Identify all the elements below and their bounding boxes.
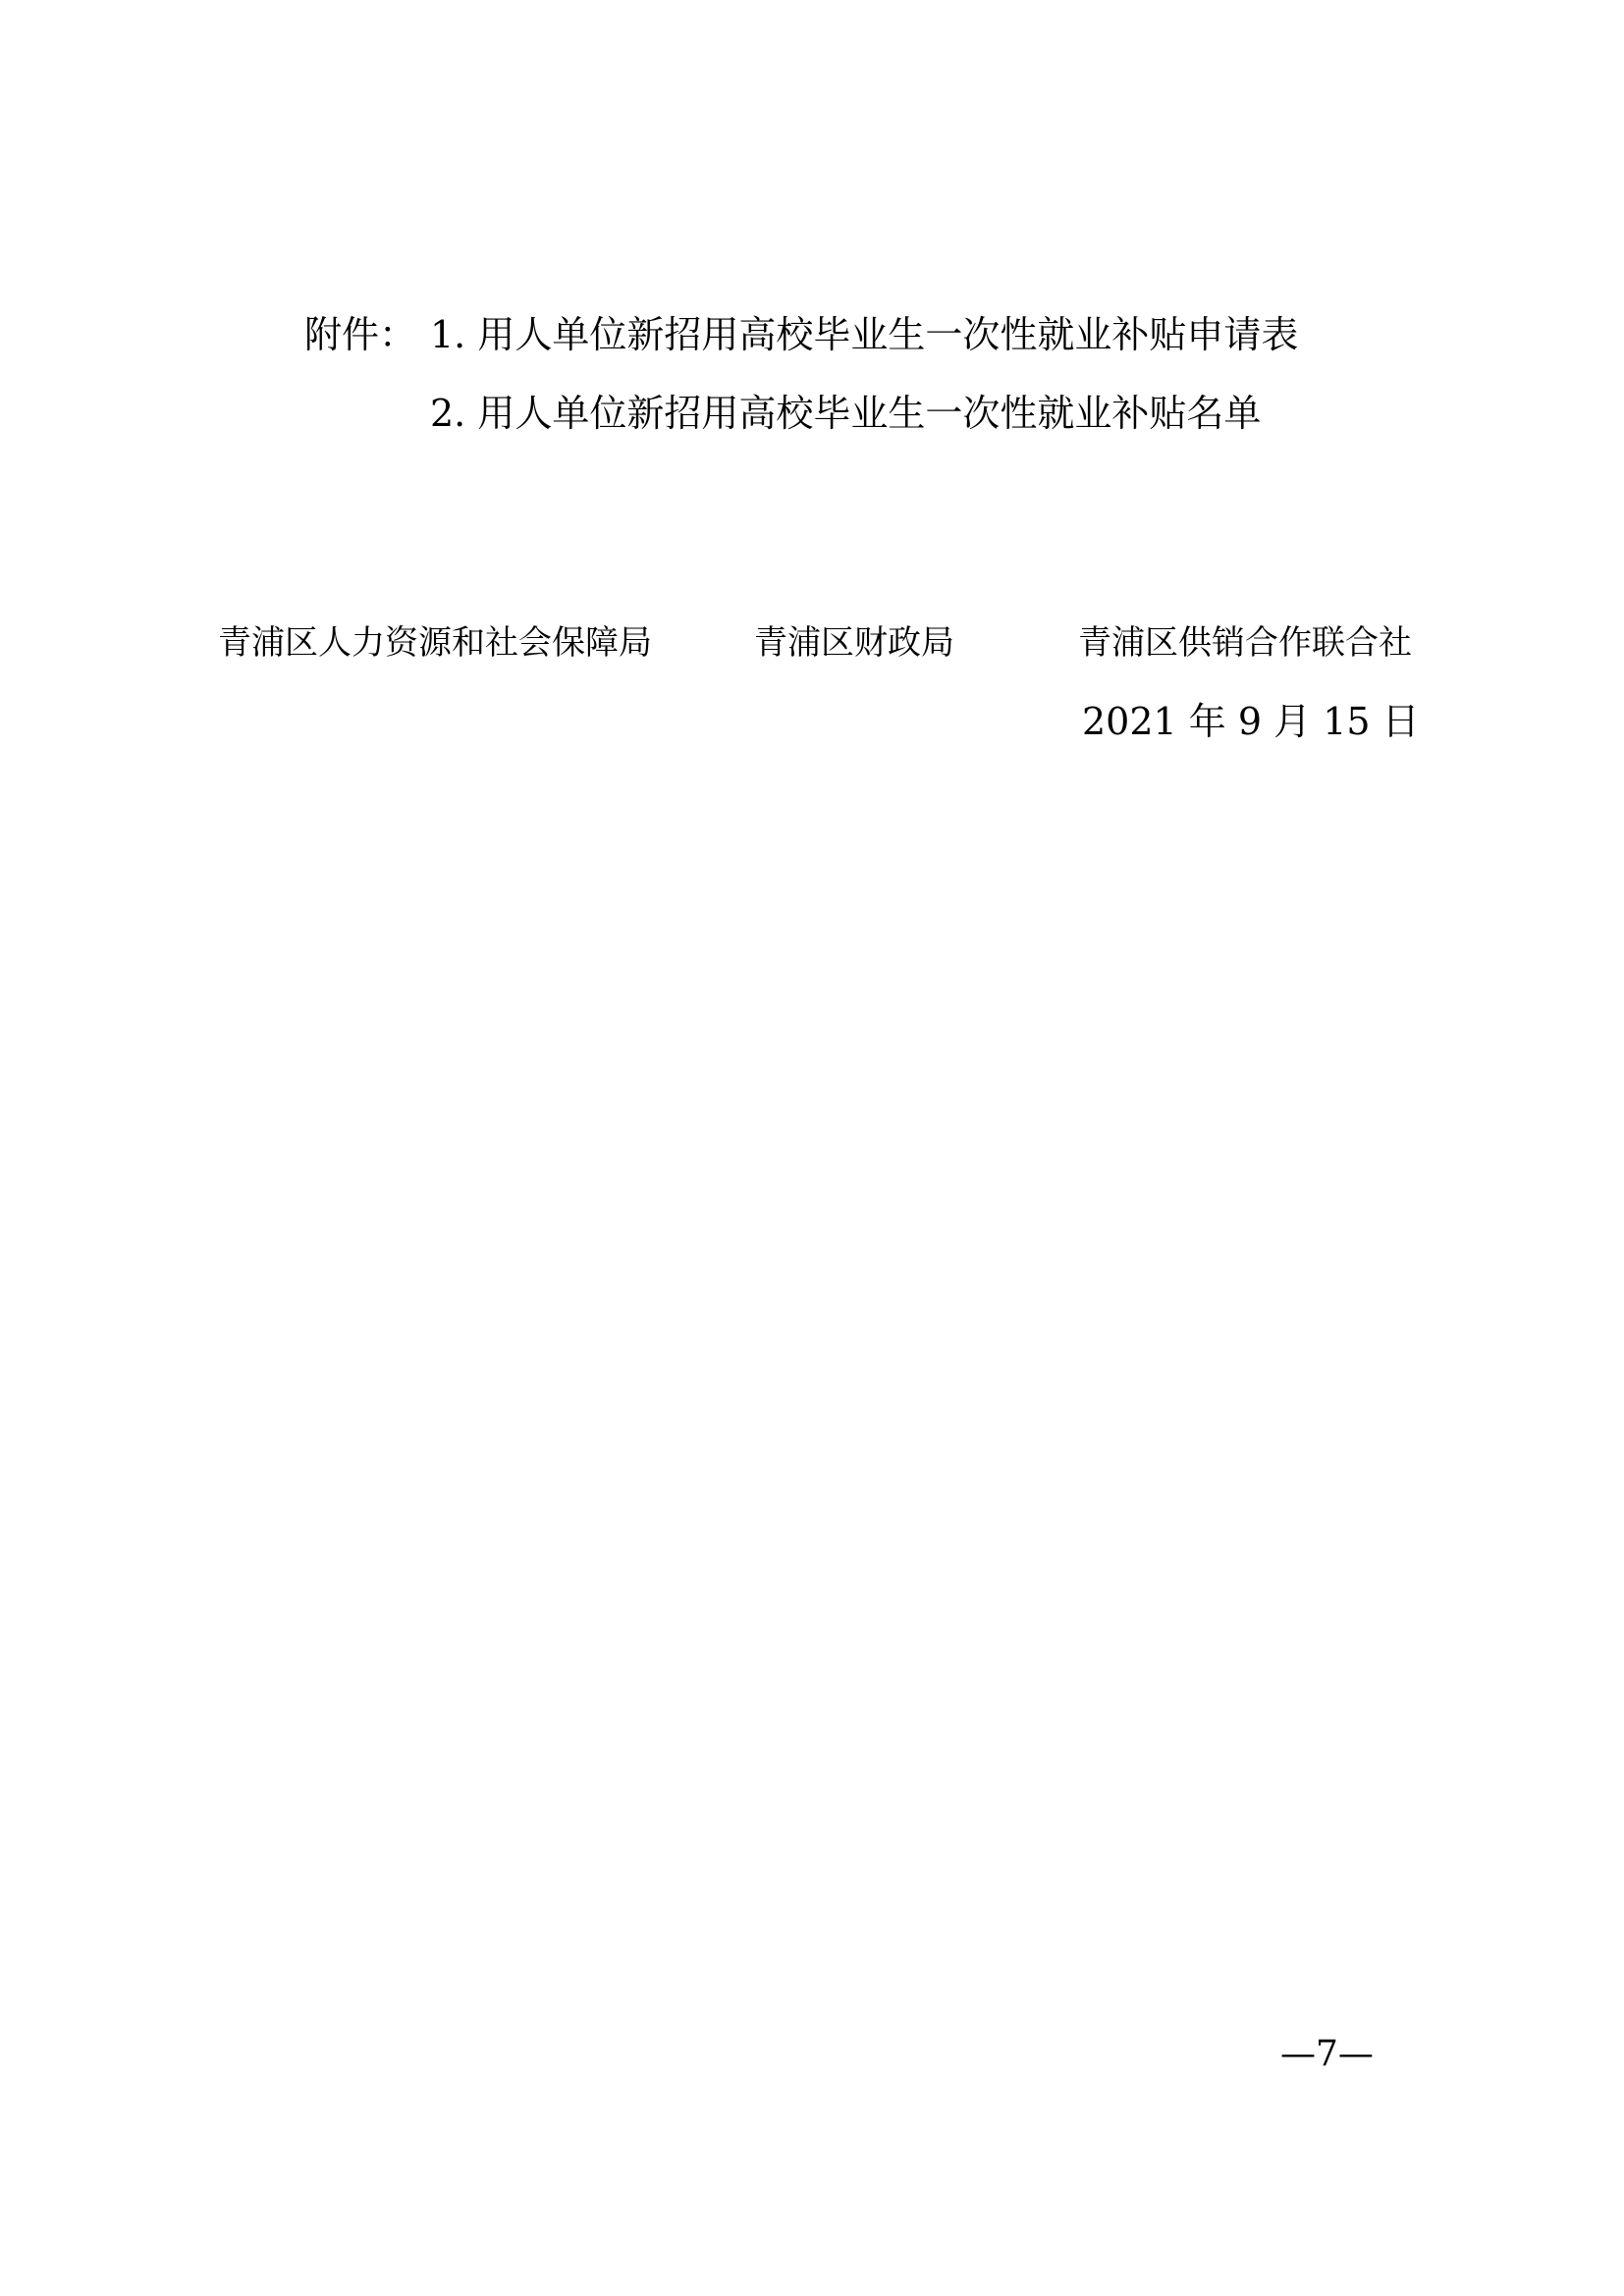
signatory-supply-cooperative: 青浦区供销合作联合社 [1078,620,1412,666]
page-number: —7— [1280,2032,1374,2077]
attachments-label: 附件： [304,312,416,357]
issue-date: 2021 年 9 月 15 日 [1082,699,1420,744]
signatory-finance-bureau: 青浦区财政局 [754,620,954,666]
attachment-item-1: 1. 用人单位新招用高校毕业生一次性就业补贴申请表 [430,312,1298,357]
signatory-hr-bureau: 青浦区人力资源和社会保障局 [218,620,652,666]
attachment-item-2: 2. 用人单位新招用高校毕业生一次性就业补贴名单 [430,391,1261,436]
